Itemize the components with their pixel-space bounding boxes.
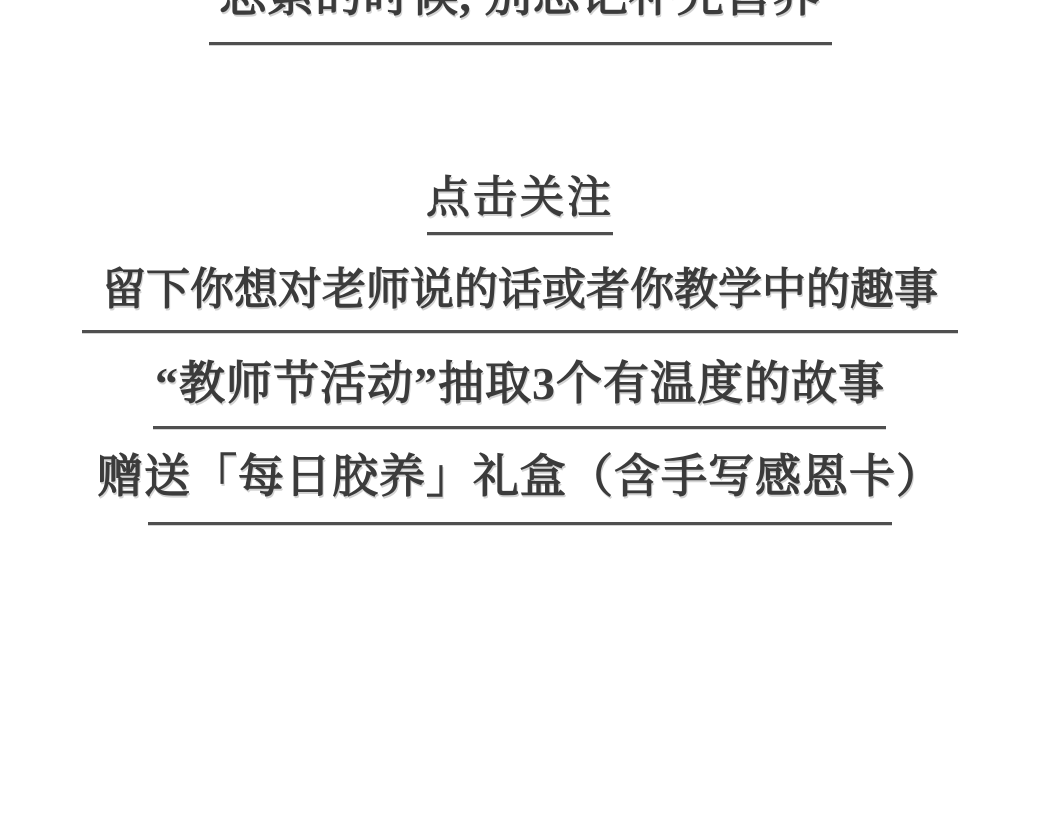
activity-line: “教师节活动”抽取3个有温度的故事 <box>0 361 1040 407</box>
activity-underline <box>153 426 886 429</box>
message-prompt-line: 留下你想对老师说的话或者你教学中的趣事 <box>0 268 1040 312</box>
gift-line: 赠送「每日胶养」礼盒（含手写感恩卡） <box>0 454 1040 500</box>
message-prompt-underline <box>82 330 958 333</box>
promo-poster: 思索的时候, 别忘记补充营养 点击关注 留下你想对老师说的话或者你教学中的趣事 … <box>0 0 1040 819</box>
clipped-tagline-text: 思索的时候, 别忘记补充营养 <box>0 0 1040 20</box>
gift-underline <box>148 522 892 525</box>
follow-cta-underline <box>427 232 613 235</box>
tagline-underline <box>209 42 832 45</box>
follow-cta[interactable]: 点击关注 <box>0 176 1040 220</box>
